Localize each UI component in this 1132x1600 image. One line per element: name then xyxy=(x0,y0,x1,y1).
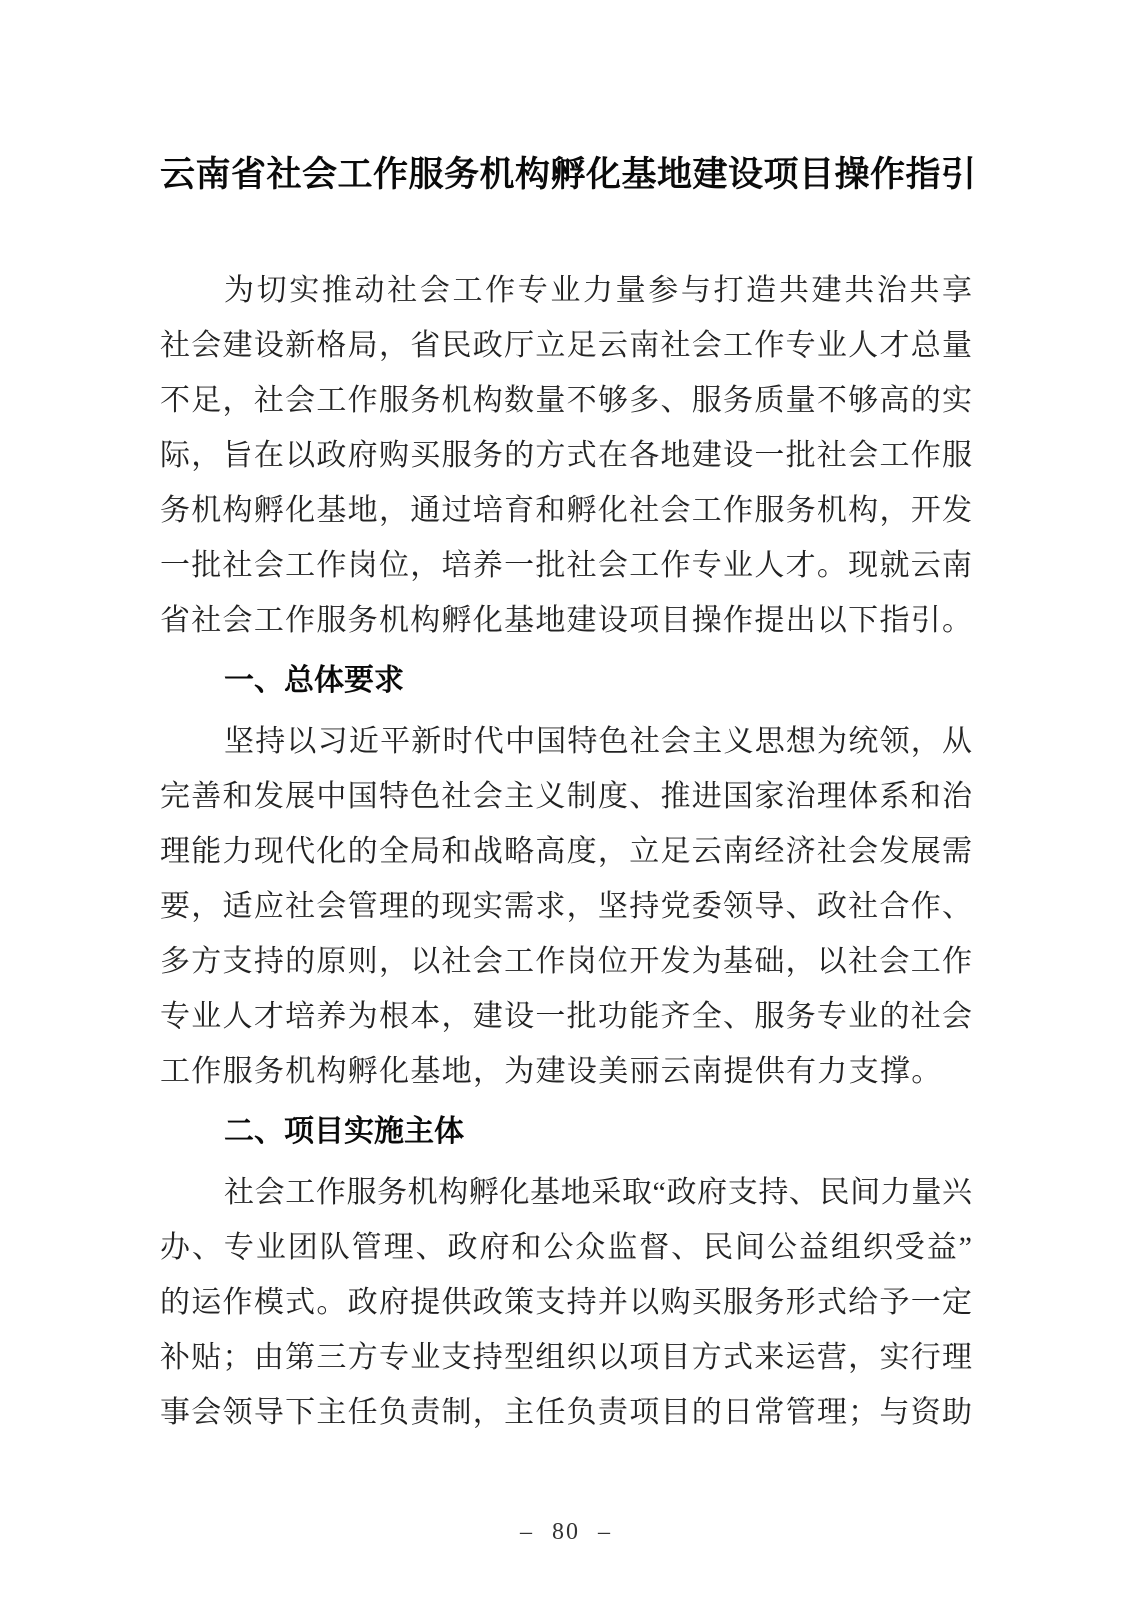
paragraph-line: 社会建设新格局，省民政厅立足云南社会工作专业人才总量 xyxy=(160,318,972,373)
section-heading-implementation-body: 二、项目实施主体 xyxy=(160,1099,972,1165)
paragraph-line: 的运作模式。政府提供政策支持并以购买服务形式给予一定 xyxy=(160,1275,972,1330)
section2-paragraph: 社会工作服务机构孵化基地采取“政府支持、民间力量兴 办、专业团队管理、政府和公众… xyxy=(160,1165,972,1440)
paragraph-line: 坚持以习近平新时代中国特色社会主义思想为统领，从 xyxy=(160,714,972,769)
paragraph-line: 多方支持的原则，以社会工作岗位开发为基础，以社会工作 xyxy=(160,934,972,989)
intro-paragraph: 为切实推动社会工作专业力量参与打造共建共治共享 社会建设新格局，省民政厅立足云南… xyxy=(160,263,972,648)
paragraph-line: 工作服务机构孵化基地，为建设美丽云南提供有力支撑。 xyxy=(160,1044,972,1099)
paragraph-line: 专业人才培养为根本，建设一批功能齐全、服务专业的社会 xyxy=(160,989,972,1044)
page-number: – 80 – xyxy=(0,1512,1132,1552)
section-heading-overall-requirements: 一、总体要求 xyxy=(160,648,972,714)
paragraph-line: 补贴；由第三方专业支持型组织以项目方式来运营，实行理 xyxy=(160,1330,972,1385)
paragraph-line: 办、专业团队管理、政府和公众监督、民间公益组织受益” xyxy=(160,1220,972,1275)
paragraph-line: 要，适应社会管理的现实需求，坚持党委领导、政社合作、 xyxy=(160,879,972,934)
paragraph-line: 务机构孵化基地，通过培育和孵化社会工作服务机构，开发 xyxy=(160,483,972,538)
paragraph-line: 一批社会工作岗位，培养一批社会工作专业人才。现就云南 xyxy=(160,538,972,593)
paragraph-line: 为切实推动社会工作专业力量参与打造共建共治共享 xyxy=(160,263,972,318)
paragraph-line: 理能力现代化的全局和战略高度，立足云南经济社会发展需 xyxy=(160,824,972,879)
paragraph-line: 社会工作服务机构孵化基地采取“政府支持、民间力量兴 xyxy=(160,1165,972,1220)
paragraph-line: 事会领导下主任负责制，主任负责项目的日常管理；与资助 xyxy=(160,1385,972,1440)
paragraph-line: 完善和发展中国特色社会主义制度、推进国家治理体系和治 xyxy=(160,769,972,824)
document-page: 云南省社会工作服务机构孵化基地建设项目操作指引 为切实推动社会工作专业力量参与打… xyxy=(0,0,1132,1600)
paragraph-line: 不足，社会工作服务机构数量不够多、服务质量不够高的实 xyxy=(160,373,972,428)
document-title: 云南省社会工作服务机构孵化基地建设项目操作指引 xyxy=(160,140,972,210)
paragraph-line: 省社会工作服务机构孵化基地建设项目操作提出以下指引。 xyxy=(160,593,972,648)
section1-paragraph: 坚持以习近平新时代中国特色社会主义思想为统领，从 完善和发展中国特色社会主义制度… xyxy=(160,714,972,1099)
paragraph-line: 际，旨在以政府购买服务的方式在各地建设一批社会工作服 xyxy=(160,428,972,483)
